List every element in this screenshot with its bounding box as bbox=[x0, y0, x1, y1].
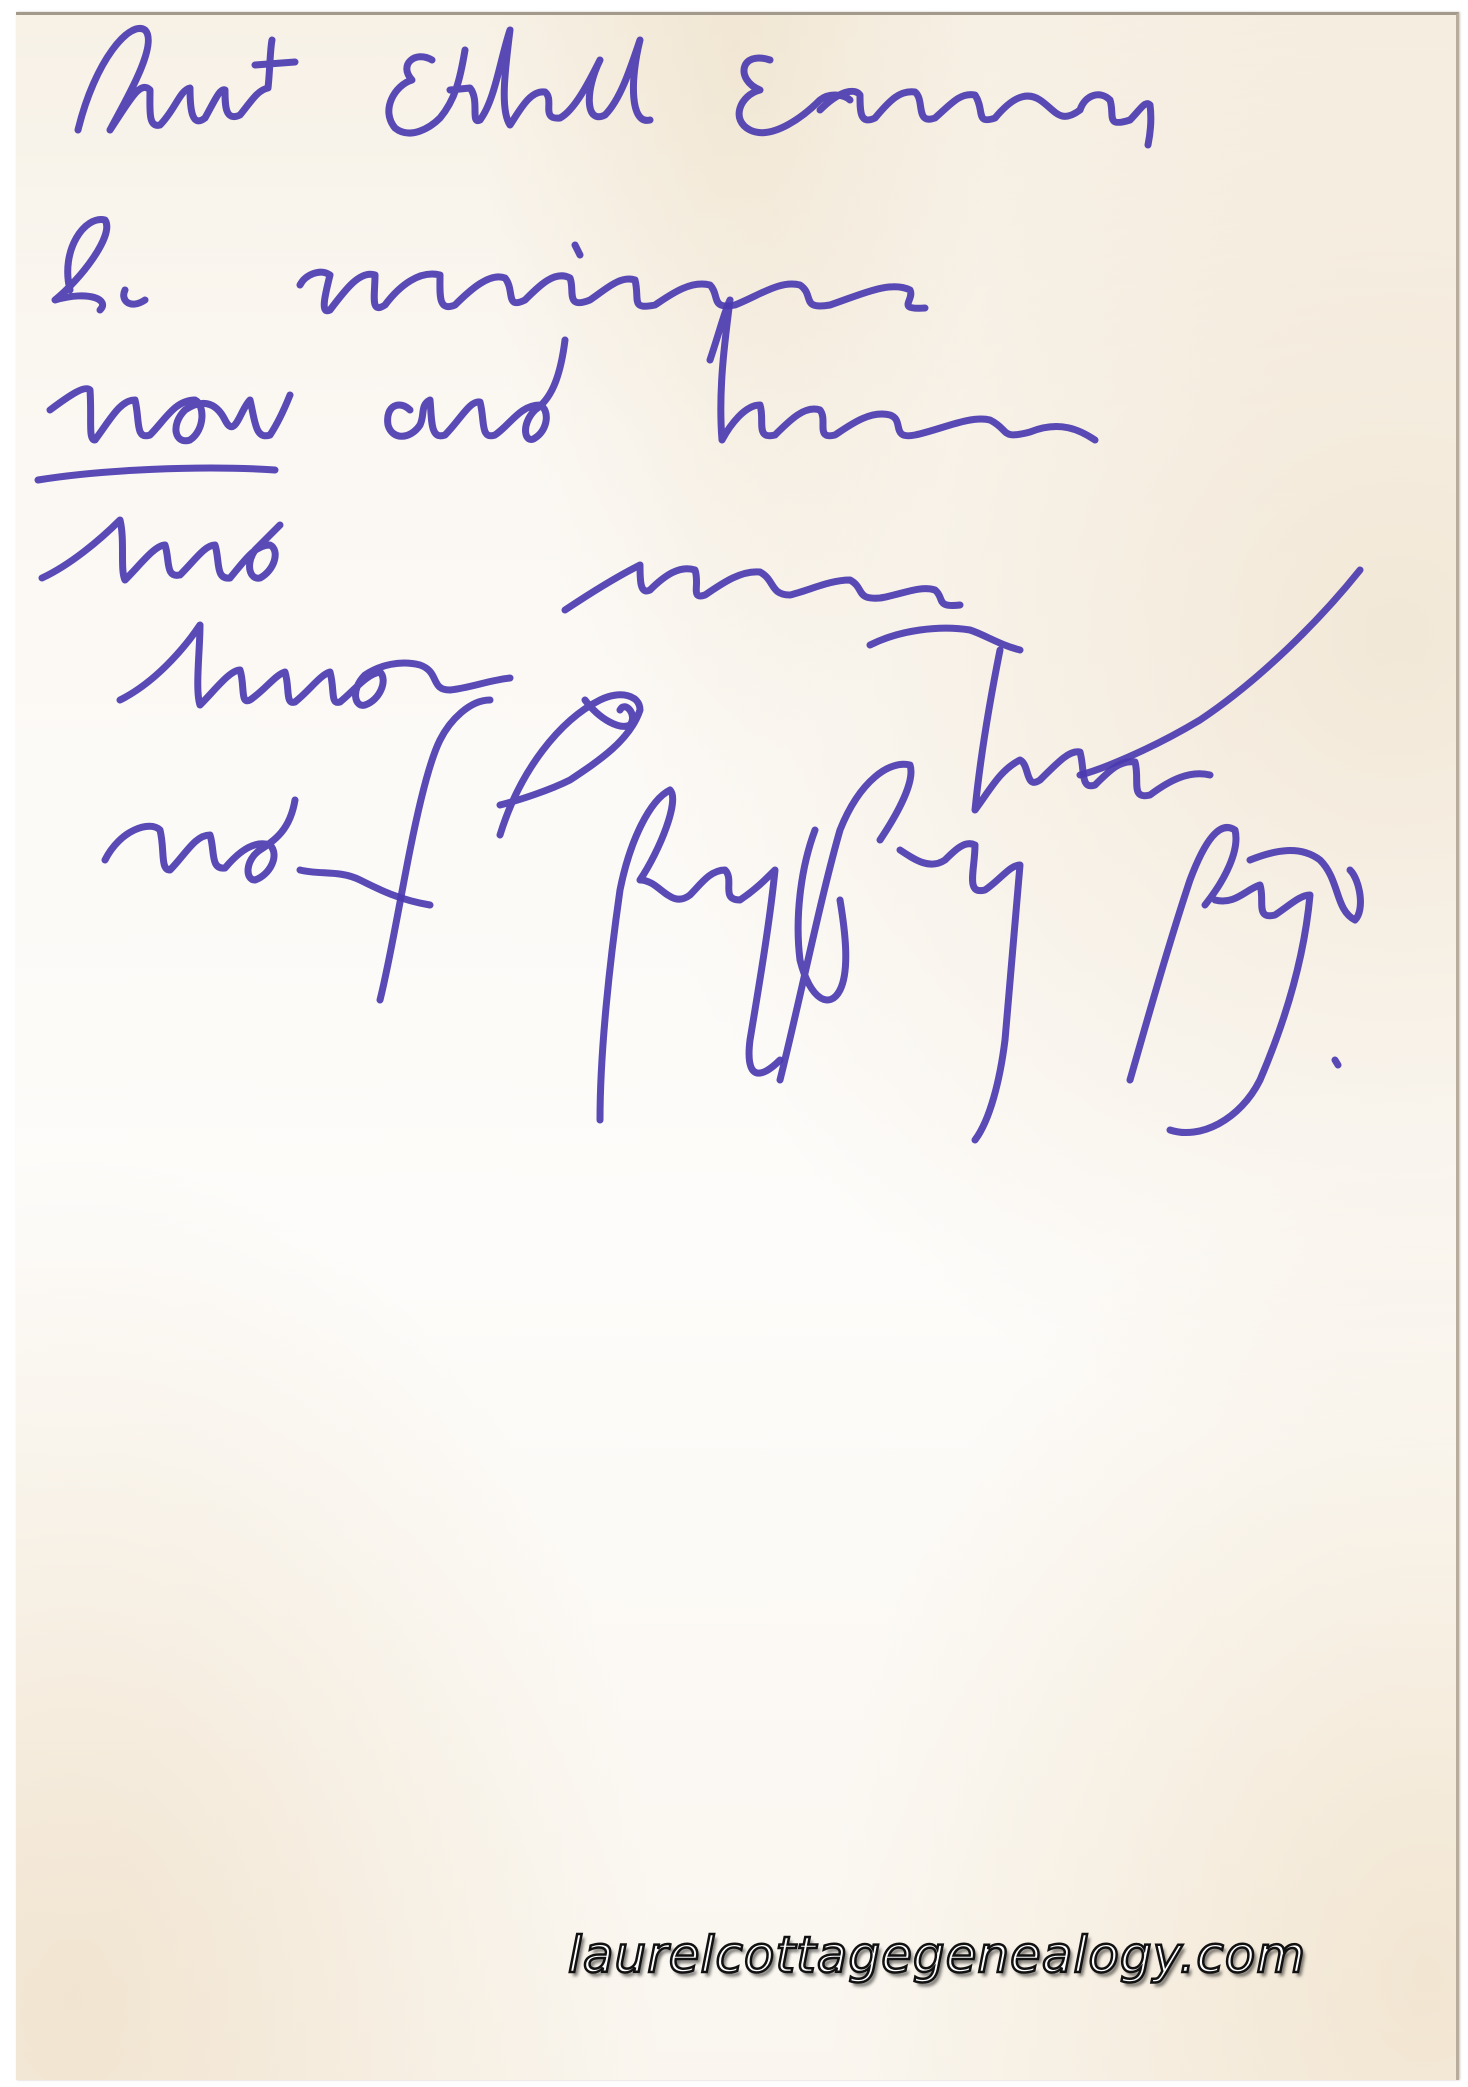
handwriting-ink bbox=[0, 0, 1468, 2087]
watermark-text: laurelcottagegenealogy.com bbox=[568, 1926, 1306, 1984]
